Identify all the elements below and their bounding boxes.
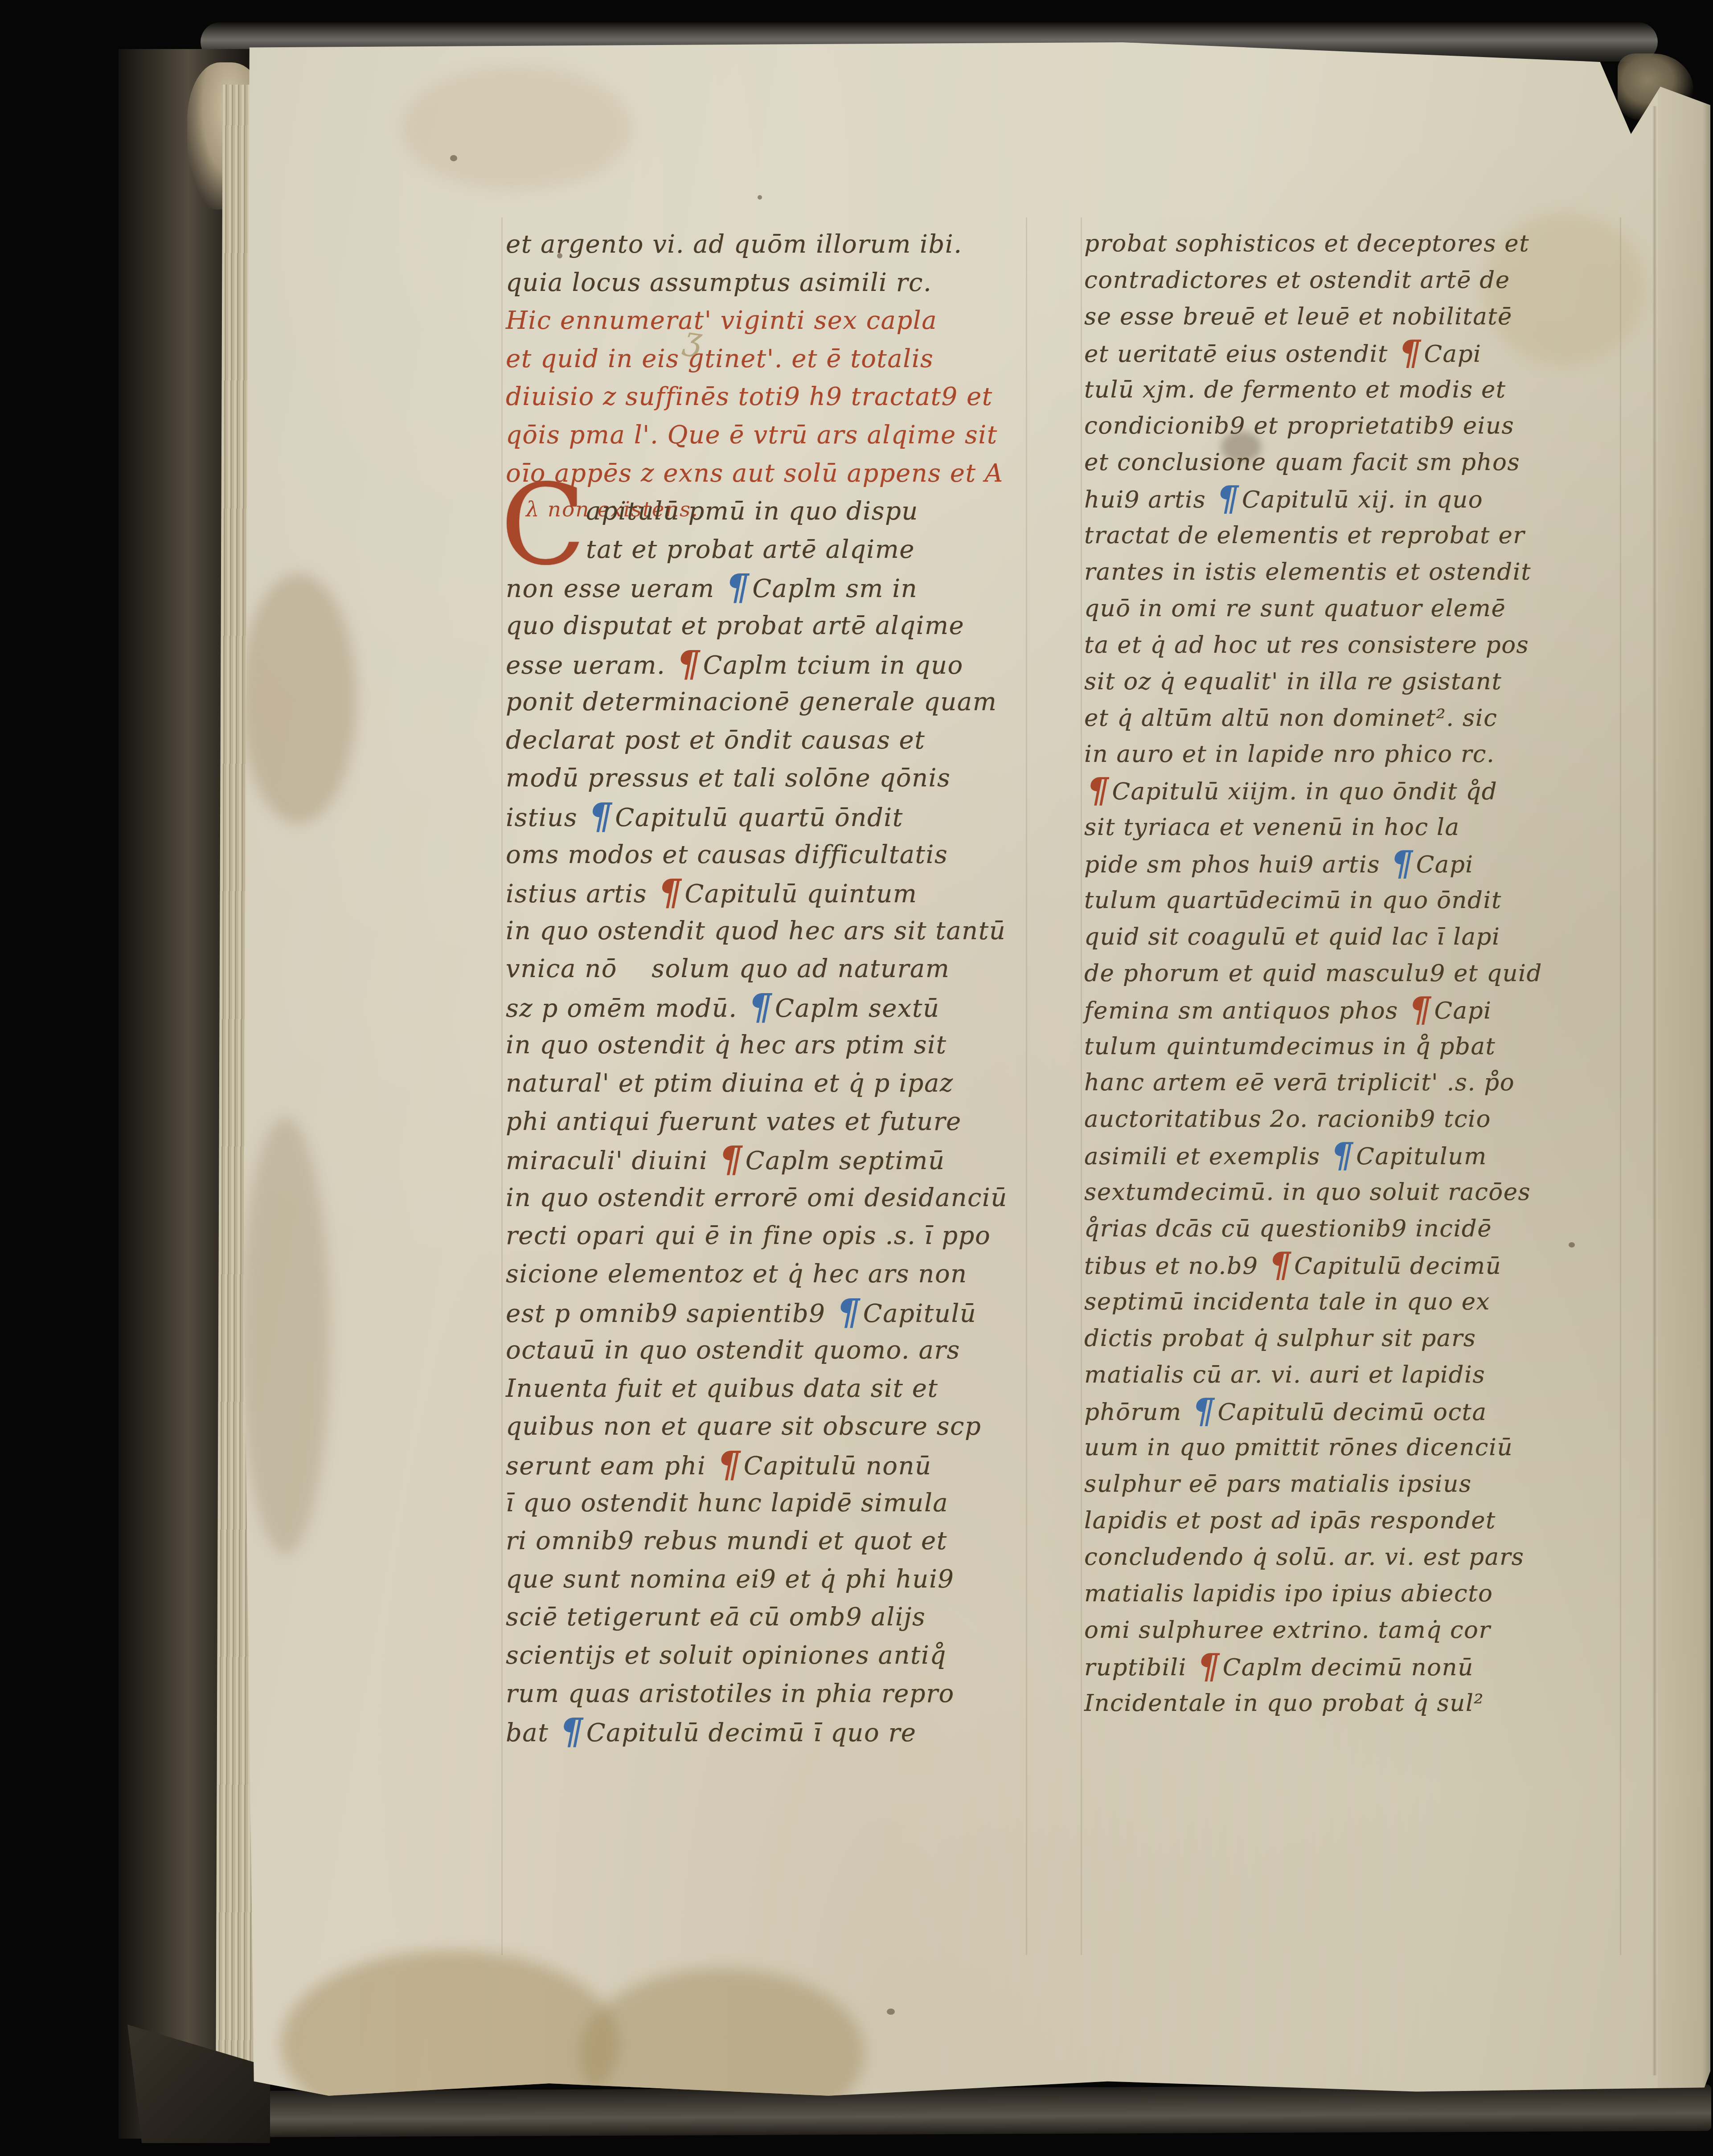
text-segment: ruptibili (1084, 1654, 1195, 1681)
text-segment: sulphur eē pars matialis ipsius (1084, 1470, 1472, 1497)
text-line: q̊rias dcās cū questionib9 incidē (1084, 1211, 1632, 1247)
edge-stain (241, 1117, 330, 1554)
photo-background: λ non existens. ʒ et argento vi. ad quōm… (0, 0, 1713, 2156)
text-line: serunt eam phi ¶Capitulū nonū (506, 1446, 1036, 1484)
text-segment: omi sulphuree extrino. tamq̇ cor (1084, 1616, 1491, 1644)
page-crease (1652, 106, 1657, 2075)
text-line: Incidentale in quo probat q̇ sul² (1084, 1685, 1632, 1722)
text-segment: Capi (1424, 340, 1482, 368)
text-line: quia locus assumptus asimili rc. (506, 264, 1036, 302)
text-segment: hanc artem eē verā triplicit' .s. p̊o (1084, 1069, 1515, 1096)
book-bottom-leather-edge (187, 2085, 1711, 2138)
text-segment: in quo ostendit q̇ hec ars ptim sit (506, 1031, 947, 1060)
text-line: et quid in eis gtinet'. et ē totalis (506, 340, 1036, 378)
page-speck (450, 155, 457, 161)
text-segment: que sunt nomina ei9 et q̇ phi hui9 (506, 1565, 954, 1594)
text-line: quid sit coagulū et quid lac ī lapi (1084, 919, 1632, 955)
text-line: se esse breuē et leuē et nobilitatē (1084, 299, 1632, 335)
text-segment: Capitulū xiijm. in quo ōndit q̊d (1112, 778, 1497, 805)
text-column-left: et argento vi. ad quōm illorum ibi.quia … (506, 225, 1036, 1751)
page-speck (758, 195, 762, 200)
capitulum-mark: ¶ (1266, 1245, 1294, 1285)
text-segment: contradictores et ostendit artē de (1084, 266, 1510, 294)
text-line: sulphur eē pars matialis ipsius (1084, 1466, 1632, 1502)
text-line: sciē tetigerunt eā cū omb9 alijs (506, 1598, 1036, 1636)
text-line: Inuenta fuit et quibus data sit et (506, 1370, 1036, 1408)
capitulum-mark: ¶ (746, 986, 775, 1028)
text-segment: Capi (1434, 997, 1492, 1024)
text-line: ī quo ostendit hunc lapidē simula (506, 1484, 1036, 1522)
text-line: dictis probat q̇ sulphur sit pars (1084, 1320, 1632, 1357)
text-line: tulum quartūdecimū in quo ōndit (1084, 882, 1632, 919)
text-line: declarat post et ōndit causas et (506, 721, 1036, 760)
text-line: in quo ostendit errorē omi desidanciū (506, 1179, 1036, 1217)
text-segment: et q̇ altūm altū non dominet². sic (1084, 704, 1497, 732)
text-segment: Capitulū decimū (1294, 1252, 1501, 1280)
text-segment: sciē tetigerunt eā cū omb9 alijs (506, 1603, 926, 1632)
capitulum-mark: ¶ (1195, 1646, 1222, 1686)
text-segment: tulum quintumdecimus in q̊ pbat (1084, 1033, 1496, 1060)
text-segment: Capitulum (1356, 1143, 1487, 1170)
text-line: uum in quo pmittit rōnes dicenciū (1084, 1429, 1632, 1466)
capitulum-mark: ¶ (656, 871, 684, 914)
page-speck (887, 2009, 895, 2015)
ruling-line (1081, 217, 1082, 1955)
text-segment: probat sophisticos et deceptores et (1084, 230, 1529, 257)
text-line: que sunt nomina ei9 et q̇ phi hui9 (506, 1560, 1036, 1599)
text-line: istius ¶Capitulū quartū ōndit (506, 798, 1036, 836)
text-segment: istius (506, 803, 586, 832)
text-segment: dictis probat q̇ sulphur sit pars (1084, 1325, 1476, 1352)
text-segment: concludendo q̇ solū. ar. vi. est pars (1084, 1543, 1524, 1571)
text-segment: tat et probat artē alqime (586, 535, 915, 564)
text-segment: sextumdecimū. in quo soluit racōes (1084, 1178, 1531, 1206)
text-line: sz p omēm modū. ¶Caplm sextū (506, 988, 1036, 1027)
text-line: octauū in quo ostendit quomo. ars (506, 1331, 1036, 1370)
text-segment: septimū incidenta tale in quo ex (1084, 1288, 1490, 1315)
text-line: ri omnib9 rebus mundi et quot et (506, 1522, 1036, 1560)
text-segment: condicionib9 et proprietatib9 eius (1084, 412, 1514, 439)
text-segment: bat (506, 1718, 557, 1747)
text-segment: Inuenta fuit et quibus data sit et (506, 1374, 938, 1403)
text-segment: et conclusione quam facit sm phos (1084, 449, 1520, 476)
capitulum-mark: ¶ (834, 1291, 863, 1334)
faint-stain (401, 66, 633, 191)
text-segment: vnica nō solum quo ad naturam (506, 954, 950, 983)
capitulum-mark: ¶ (1214, 479, 1242, 519)
text-line: tulum quintumdecimus in q̊ pbat (1084, 1028, 1632, 1065)
text-line: phōrum ¶Capitulū decimū octa (1084, 1393, 1632, 1430)
text-segment: Caplm sextū (775, 994, 939, 1023)
text-segment: pide sm phos hui9 artis (1084, 851, 1388, 878)
text-segment: sicione elementoz et q̇ hec ars non (506, 1260, 967, 1289)
text-line: quibus non et quare sit obscure scp (506, 1407, 1036, 1446)
text-line: vnica nō solum quo ad naturam (506, 950, 1036, 988)
text-segment: serunt eam phi (506, 1452, 715, 1481)
text-segment: Capitulū decimū octa (1217, 1399, 1487, 1426)
text-line: lapidis et post ad ipās respondet (1084, 1502, 1632, 1539)
text-line: bat ¶Capitulū decimū ī quo re (506, 1713, 1036, 1751)
text-segment: quo disputat et probat artē alqime (506, 611, 964, 640)
text-line: tulū xjm. de fermento et modis et (1084, 372, 1632, 408)
capitulum-mark: ¶ (1396, 333, 1424, 373)
text-line: in quo ostendit quod hec ars sit tantū (506, 912, 1036, 950)
capitulum-mark: ¶ (1084, 770, 1112, 810)
text-segment: se esse breuē et leuē et nobilitatē (1084, 303, 1512, 330)
text-segment: quibus non et quare sit obscure scp (506, 1412, 981, 1441)
text-segment: diuisio z suffinēs toti9 h9 tractat9 et (506, 382, 993, 411)
text-segment: natural' et ptim diuina et q̇ p ipaz (506, 1069, 954, 1098)
text-line: contradictores et ostendit artē de (1084, 262, 1632, 299)
text-segment: in quo ostendit quod hec ars sit tantū (506, 916, 1006, 945)
capitulum-mark: ¶ (1328, 1135, 1356, 1175)
text-segment: ta et q̇ ad hoc ut res consistere pos (1084, 631, 1529, 659)
text-segment: q̊rias dcās cū questionib9 incidē (1084, 1215, 1492, 1242)
text-line: istius artis ¶Capitulū quintum (506, 874, 1036, 912)
text-line: ta et q̇ ad hoc ut res consistere pos (1084, 627, 1632, 663)
text-segment: Incidentale in quo probat q̇ sul² (1084, 1690, 1484, 1717)
text-line: non esse ueram ¶Caplm sm in (506, 569, 1036, 607)
text-line: et argento vi. ad quōm illorum ibi. (506, 225, 1036, 264)
text-segment: sz p omēm modū. (506, 994, 746, 1023)
text-line: et q̇ altūm altū non dominet². sic (1084, 700, 1632, 736)
text-segment: hui9 artis (1084, 486, 1214, 513)
text-segment: quia locus assumptus asimili rc. (506, 268, 932, 297)
capitulum-mark: ¶ (717, 1138, 746, 1181)
text-segment: Caplm decimū nonū (1223, 1654, 1474, 1681)
text-segment: Caplm septimū (746, 1146, 945, 1175)
text-segment: Capitulū quartū ōndit (615, 803, 903, 832)
text-line: sit tyriaca et venenū in hoc la (1084, 809, 1632, 846)
text-segment: asimili et exemplis (1084, 1143, 1328, 1170)
text-segment: femina sm antiquos phos (1084, 997, 1406, 1024)
text-segment: Capitulū decimū ī quo re (586, 1718, 917, 1747)
text-segment: quō in omi re sunt quatuor elemē (1084, 595, 1506, 622)
text-segment: est p omnib9 sapientib9 (506, 1299, 834, 1328)
text-line: sicione elementoz et q̇ hec ars non (506, 1255, 1036, 1293)
capitulum-mark: ¶ (1190, 1391, 1217, 1431)
text-line: femina sm antiquos phos ¶Capi (1084, 992, 1632, 1028)
text-line: scientijs et soluit opiniones antiq̊ (506, 1636, 1036, 1675)
text-segment: in quo ostendit errorē omi desidanciū (506, 1183, 1008, 1212)
text-segment: ponit determinacionē generale quam (506, 687, 997, 716)
text-segment: et argento vi. ad quōm illorum ibi. (506, 230, 963, 259)
text-segment: Caplm sm in (752, 574, 918, 603)
text-line: matialis cū ar. vi. auri et lapidis (1084, 1357, 1632, 1393)
text-line: sit oz q̇ equalit' in illa re gsistant (1084, 663, 1632, 700)
text-line: diuisio z suffinēs toti9 h9 tractat9 et (506, 378, 1036, 416)
edge-stain (241, 574, 357, 823)
text-segment: Capitulū xij. in quo (1242, 486, 1483, 513)
text-line: rum quas aristotiles in phia repro (506, 1675, 1036, 1713)
text-segment: matialis cū ar. vi. auri et lapidis (1084, 1361, 1485, 1388)
text-line: sextumdecimū. in quo soluit racōes (1084, 1174, 1632, 1211)
text-segment: et ueritatē eius ostendit (1084, 340, 1396, 368)
text-segment: apitulū pmū in quo dispu (586, 497, 918, 526)
text-line: de phorum et quid masculu9 et quid (1084, 955, 1632, 992)
text-line: phi antiqui fuerunt vates et future (506, 1103, 1036, 1141)
text-segment: sit tyriaca et venenū in hoc la (1084, 814, 1460, 841)
text-line: tat et probat artē alqime (506, 531, 1036, 569)
text-line: Capitulū pmū in quo dispu (506, 492, 1036, 531)
text-line: et conclusione quam facit sm phos (1084, 444, 1632, 481)
text-segment: Caplm tcium in quo (703, 651, 963, 680)
text-segment: auctoritatibus 2o. racionib9 tcio (1084, 1105, 1491, 1133)
text-segment: scientijs et soluit opiniones antiq̊ (506, 1641, 947, 1670)
text-line: in auro et in lapide nro phico rc. (1084, 736, 1632, 773)
text-line: miraculi' diuini ¶Caplm septimū (506, 1141, 1036, 1179)
text-line: recti opari qui ē in fine opis .s. ī ppo (506, 1217, 1036, 1255)
capitulum-mark: ¶ (557, 1710, 586, 1753)
text-segment: uum in quo pmittit rōnes dicenciū (1084, 1434, 1513, 1461)
text-line: ¶Capitulū xiijm. in quo ōndit q̊d (1084, 773, 1632, 809)
text-line: probat sophisticos et deceptores et (1084, 225, 1632, 262)
capitulum-mark: ¶ (1406, 990, 1434, 1030)
text-segment: miraculi' diuini (506, 1146, 717, 1175)
text-line: condicionib9 et proprietatib9 eius (1084, 408, 1632, 444)
text-line: modū pressus et tali solōne qōnis (506, 759, 1036, 798)
text-segment: lapidis et post ad ipās respondet (1084, 1507, 1496, 1534)
manuscript-page: λ non existens. ʒ et argento vi. ad quōm… (241, 39, 1710, 2100)
text-line: in quo ostendit q̇ hec ars ptim sit (506, 1026, 1036, 1064)
text-segment: istius artis (506, 880, 656, 908)
text-line: quo disputat et probat artē alqime (506, 607, 1036, 645)
text-segment: ri omnib9 rebus mundi et quot et (506, 1526, 947, 1555)
text-line: hui9 artis ¶Capitulū xij. in quo (1084, 481, 1632, 517)
text-segment: Capitulū quintum (684, 880, 917, 908)
text-line: natural' et ptim diuina et q̇ p ipaz (506, 1064, 1036, 1103)
text-segment: Hic ennumerat' viginti sex capla (506, 306, 937, 335)
text-line: matialis lapidis ipo ipius abiecto (1084, 1575, 1632, 1612)
text-line: hanc artem eē verā triplicit' .s. p̊o (1084, 1064, 1632, 1101)
text-segment: Capitulū nonū (744, 1452, 932, 1481)
text-line: auctoritatibus 2o. racionib9 tcio (1084, 1101, 1632, 1137)
text-line: rantes in istis elementis et ostendit (1084, 554, 1632, 590)
text-line: et ueritatē eius ostendit ¶Capi (1084, 335, 1632, 372)
text-line: tractat de elementis et reprobat er (1084, 517, 1632, 554)
text-line: esse ueram. ¶Caplm tcium in quo (506, 645, 1036, 683)
text-segment: de phorum et quid masculu9 et quid (1084, 960, 1542, 987)
text-line: septimū incidenta tale in quo ex (1084, 1284, 1632, 1320)
text-segment: rum quas aristotiles in phia repro (506, 1679, 955, 1708)
text-line: Hic ennumerat' viginti sex capla (506, 302, 1036, 340)
capitulum-mark: ¶ (715, 1444, 744, 1486)
text-segment: quid sit coagulū et quid lac ī lapi (1084, 923, 1500, 950)
text-segment: tulū xjm. de fermento et modis et (1084, 376, 1506, 403)
text-segment: tulum quartūdecimū in quo ōndit (1084, 887, 1502, 914)
text-segment: in auro et in lapide nro phico rc. (1084, 740, 1495, 768)
text-segment: tibus et no.b9 (1084, 1252, 1266, 1280)
text-segment: phōrum (1084, 1399, 1190, 1426)
text-line: quō in omi re sunt quatuor elemē (1084, 590, 1632, 627)
text-line: ruptibili ¶Caplm decimū nonū (1084, 1649, 1632, 1685)
text-segment: et quid in eis gtinet'. et ē totalis (506, 344, 934, 373)
capitulum-mark: ¶ (723, 566, 752, 609)
text-segment: modū pressus et tali solōne qōnis (506, 764, 951, 793)
text-line: concludendo q̇ solū. ar. vi. est pars (1084, 1539, 1632, 1575)
text-segment: esse ueram. (506, 651, 674, 680)
capitulum-mark: ¶ (586, 795, 615, 838)
text-segment: non esse ueram (506, 574, 723, 603)
text-line: ponit determinacionē generale quam (506, 683, 1036, 721)
capitulum-mark: ¶ (674, 643, 703, 685)
text-segment: matialis lapidis ipo ipius abiecto (1084, 1580, 1493, 1607)
page-fore-edge-shading (1658, 66, 1710, 2098)
text-segment: qōis pma l'. Que ē vtrū ars alqime sit (506, 421, 998, 450)
text-segment: tractat de elementis et reprobat er (1084, 522, 1525, 549)
text-line: qōis pma l'. Que ē vtrū ars alqime sit (506, 416, 1036, 454)
text-segment: octauū in quo ostendit quomo. ars (506, 1336, 960, 1365)
capitulum-mark: ¶ (1388, 843, 1416, 884)
text-segment: Capitulū (863, 1299, 977, 1328)
text-segment: recti opari qui ē in fine opis .s. ī ppo (506, 1221, 991, 1250)
text-segment: declarat post et ōndit causas et (506, 726, 925, 755)
text-segment: rantes in istis elementis et ostendit (1084, 558, 1531, 585)
text-line: pide sm phos hui9 artis ¶Capi (1084, 846, 1632, 882)
text-segment: phi antiqui fuerunt vates et future (506, 1107, 962, 1136)
text-line: oms modos et causas difficultatis (506, 836, 1036, 874)
text-segment: sit oz q̇ equalit' in illa re gsistant (1084, 668, 1502, 695)
text-segment: ī quo ostendit hunc lapidē simula (506, 1489, 948, 1518)
text-line: asimili et exemplis ¶Capitulum (1084, 1137, 1632, 1174)
text-line: est p omnib9 sapientib9 ¶Capitulū (506, 1293, 1036, 1332)
text-line: omi sulphuree extrino. tamq̇ cor (1084, 1612, 1632, 1649)
text-line: tibus et no.b9 ¶Capitulū decimū (1084, 1247, 1632, 1284)
text-segment: oms modos et causas difficultatis (506, 840, 948, 869)
text-column-right: probat sophisticos et deceptores etcontr… (1084, 225, 1632, 1722)
text-segment: Capi (1416, 851, 1474, 878)
